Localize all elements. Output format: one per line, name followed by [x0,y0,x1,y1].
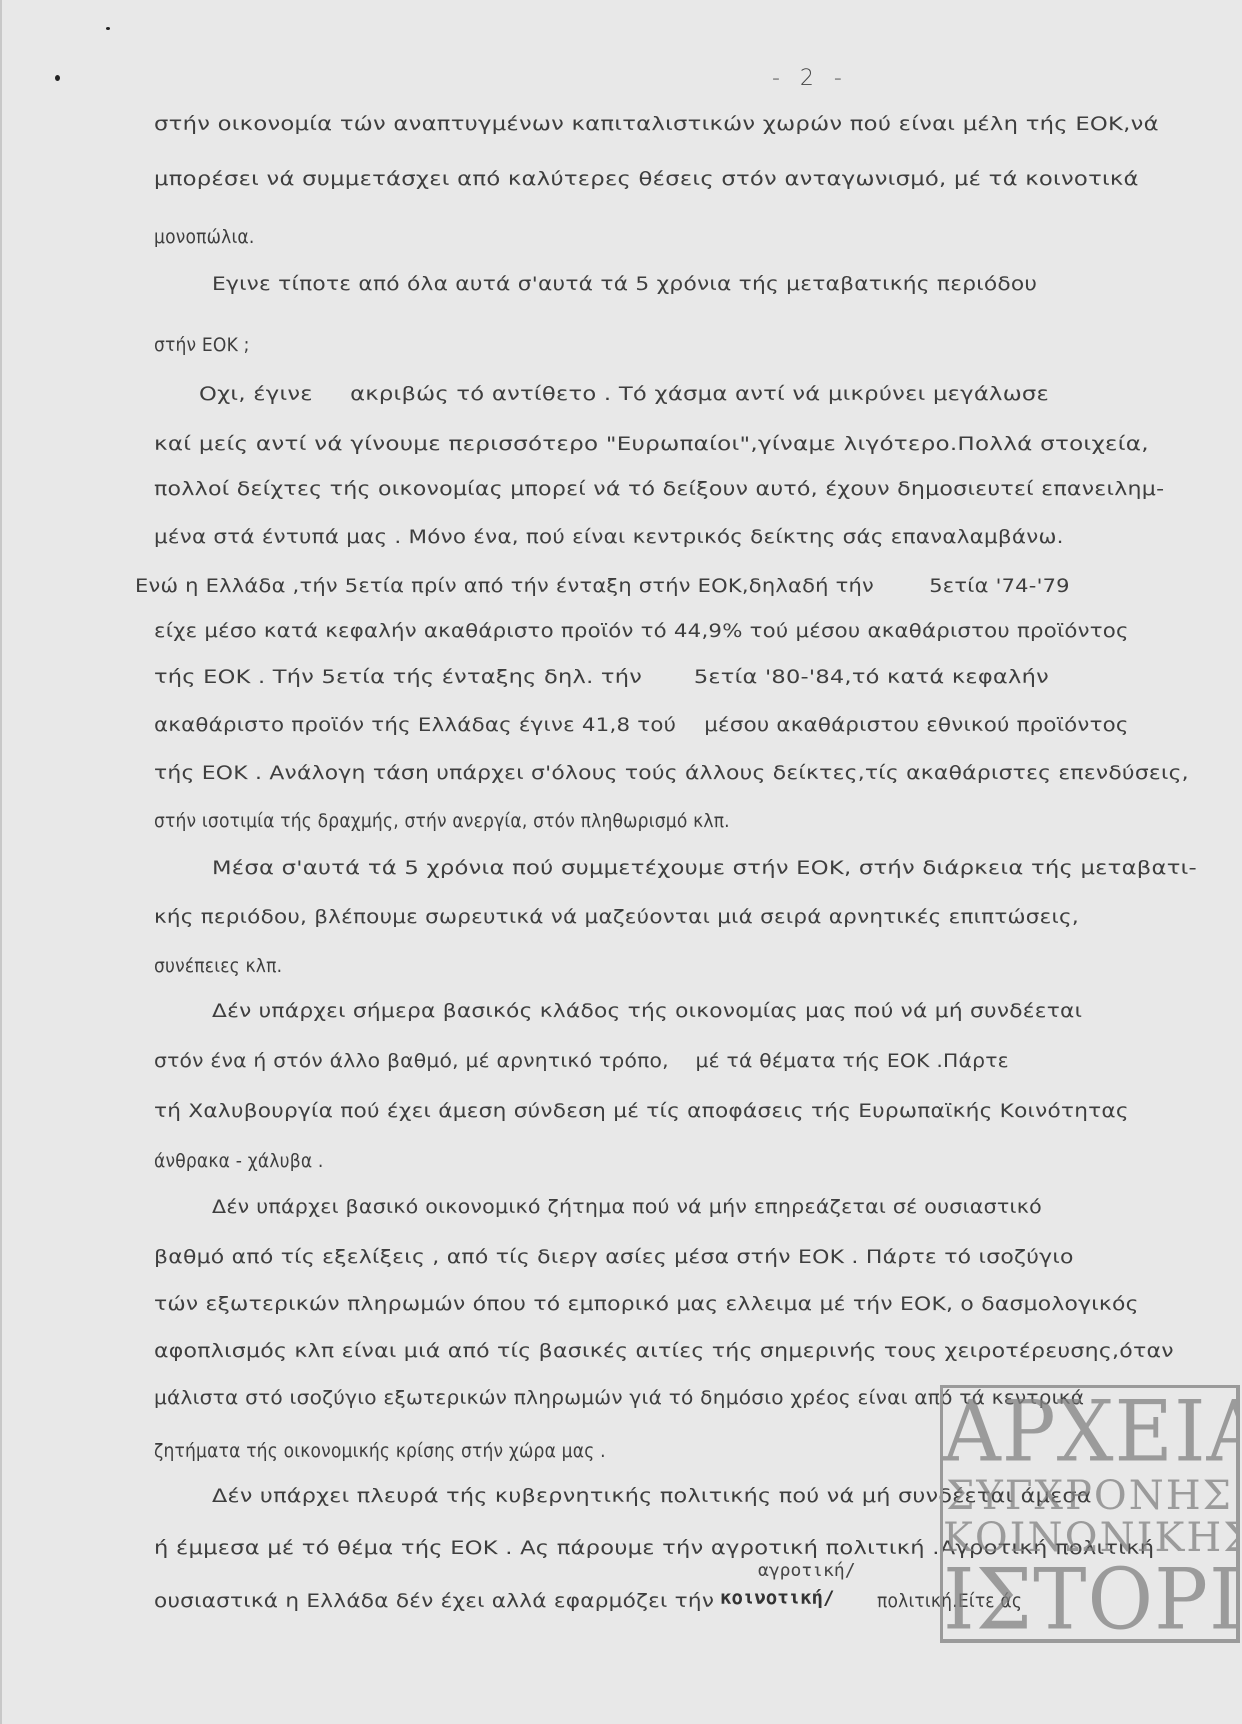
scan-speck [55,75,60,81]
text-line: Εγινε τίποτε από όλα αυτά σ'αυτά τά 5 χρ… [212,273,1037,295]
text-line: τών εξωτερικών πληρωμών όπου τό εμπορικό… [154,1293,1139,1315]
text-line: στήν οικονομία τών αναπτυγμένων καπιταλι… [154,113,1159,135]
archive-watermark-stamp: ΑΡΧΕΙΑ ΣΥΓΧΡΟΝΗΣ ΚΟΙΝΩΝΙΚΗΣ ΙΣΤΟΡΙΑΣ [940,1385,1240,1643]
text-line: Δέν υπάρχει σήμερα βασικός κλάδος τής οι… [212,1000,1082,1022]
text-line: στόν ένα ή στόν άλλο βαθμό, μέ αρνητικό … [154,1050,1009,1072]
text-line: καί μείς αντί νά γίνουμε περισσότερο "Ευ… [154,433,1149,455]
text-line: άνθρακα - χάλυβα . [154,1150,324,1172]
watermark-line: ΙΣΤΟΡΙΑΣ [943,1558,1236,1642]
handwritten-insert: αγροτική/ [758,1560,856,1581]
text-line: ακαθάριστο προϊόν τής Ελλάδας έγινε 41,8… [154,714,1129,736]
text-line: Οχι, έγινε ακριβώς τό αντίθετο . Τό χάσμ… [199,383,1049,405]
text-line: ζητήματα τής οικονομικής κρίσης στήν χώρ… [154,1440,606,1462]
scan-speck [106,27,110,30]
text-line: Ενώ η Ελλάδα ,τήν 5ετία πρίν από τήν έντ… [135,575,1070,597]
text-line: τής ΕΟΚ . Ανάλογη τάση υπάρχει σ'όλους τ… [154,762,1189,784]
text-line: Δέν υπάρχει βασικό οικονομικό ζήτημα πού… [212,1196,1042,1218]
text-line: συνέπειες κλπ. [154,955,282,977]
text-line: τή Χαλυβουργία πού έχει άμεση σύνδεση μέ… [154,1100,1129,1122]
text-line: στήν ΕΟΚ ; [154,334,250,356]
text-line: είχε μέσο κατά κεφαλήν ακαθάριστο προϊόν… [154,620,1129,642]
text-line: στήν ισοτιμία τής δραχμής, στήν ανεργία,… [154,810,730,832]
watermark-line: ΣΥΓΧΡΟΝΗΣ [943,1476,1236,1516]
text-line: μονοπώλια. [154,226,255,248]
text-line: τής ΕΟΚ . Τήν 5ετία τής ένταξης δηλ. τήν… [154,666,1049,688]
text-line: Μέσα σ'αυτά τά 5 χρόνια πού συμμετέχουμε… [212,857,1197,879]
text-line: αφοπλισμός κλπ είναι μιά από τίς βασικές… [154,1340,1174,1362]
text-line: ουσιαστικά η Ελλάδα δέν έχει αλλά εφαρμό… [154,1590,714,1612]
document-page: - 2 - στήν οικονομία τών αναπτυγμένων κα… [0,0,1242,1724]
watermark-line: ΑΡΧΕΙΑ [943,1390,1236,1474]
text-line: κής περιόδου, βλέπουμε σωρευτικά νά μαζε… [154,906,1079,928]
text-line: μένα στά έντυπά μας . Μόνο ένα, πού είνα… [154,526,1064,548]
handwritten-insert-bold: κοινοτική/ [720,1587,834,1609]
text-line: πολλοί δείχτες τής οικονομίας μπορεί νά … [154,478,1164,500]
text-line: μπορέσει νά συμμετάσχει από καλύτερες θέ… [154,168,1139,190]
page-number: - 2 - [772,66,932,91]
text-line: βαθμό από τίς εξελίξεις , από τίς διεργ … [154,1246,1074,1268]
